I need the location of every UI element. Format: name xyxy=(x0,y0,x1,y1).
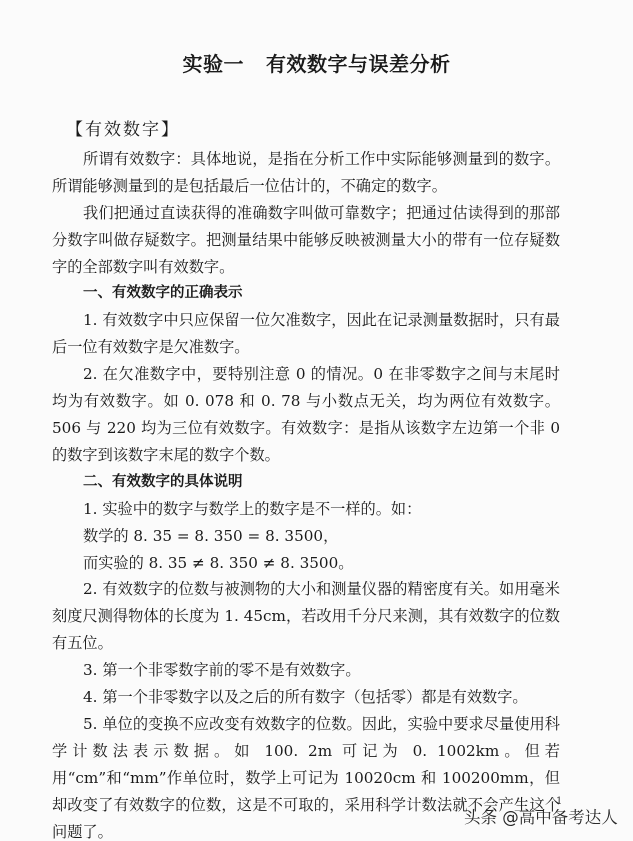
page-title: 实验一有效数字与误差分析 xyxy=(0,48,633,77)
title-topic: 有效数字与误差分析 xyxy=(266,52,451,76)
section2-item-1-math: 数学的 8. 35 = 8. 350 = 8. 3500， xyxy=(52,523,560,550)
intro-paragraph-1: 所谓有效数字：具体地说，是指在分析工作中实际能够测量到的数字。所谓能够测量到的是… xyxy=(52,146,560,200)
section2-item-3: 3. 第一个非零数字前的零不是有效数字。 xyxy=(52,657,560,684)
section1-item-2: 2. 在欠准数字中，要特别注意 0 的情况。0 在非零数字之间与末尾时均为有效数… xyxy=(52,361,560,469)
section2-item-1: 1. 实验中的数字与数学上的数字是不一样的。如： xyxy=(52,496,560,523)
section1-item-1: 1. 有效数字中只应保留一位欠准数字，因此在记录测量数据时，只有最后一位有效数字… xyxy=(52,307,560,361)
section2-item-1-experiment: 而实验的 8. 35 ≠ 8. 350 ≠ 8. 3500。 xyxy=(52,550,560,577)
document-page: 实验一有效数字与误差分析 【有效数字】 所谓有效数字：具体地说，是指在分析工作中… xyxy=(0,0,633,841)
section2-item-4: 4. 第一个非零数字以及之后的所有数字（包括零）都是有效数字。 xyxy=(52,684,560,711)
document-body: 【有效数字】 所谓有效数字：具体地说，是指在分析工作中实际能够测量到的数字。所谓… xyxy=(52,117,560,841)
section2-item-2: 2. 有效数字的位数与被测物的大小和测量仪器的精密度有关。如用毫米刻度尺测得物体… xyxy=(52,576,560,657)
section-heading-2: 二、有效数字的具体说明 xyxy=(52,469,560,496)
title-experiment-number: 实验一 xyxy=(183,52,245,76)
intro-paragraph-2: 我们把通过直读获得的准确数字叫做可靠数字；把通过估读得到的那部分数字叫做存疑数字… xyxy=(52,200,560,281)
section-heading-1: 一、有效数字的正确表示 xyxy=(52,280,560,307)
section-bracket-heading: 【有效数字】 xyxy=(66,117,560,144)
watermark: 头条 @高中备考达人 xyxy=(464,804,618,828)
